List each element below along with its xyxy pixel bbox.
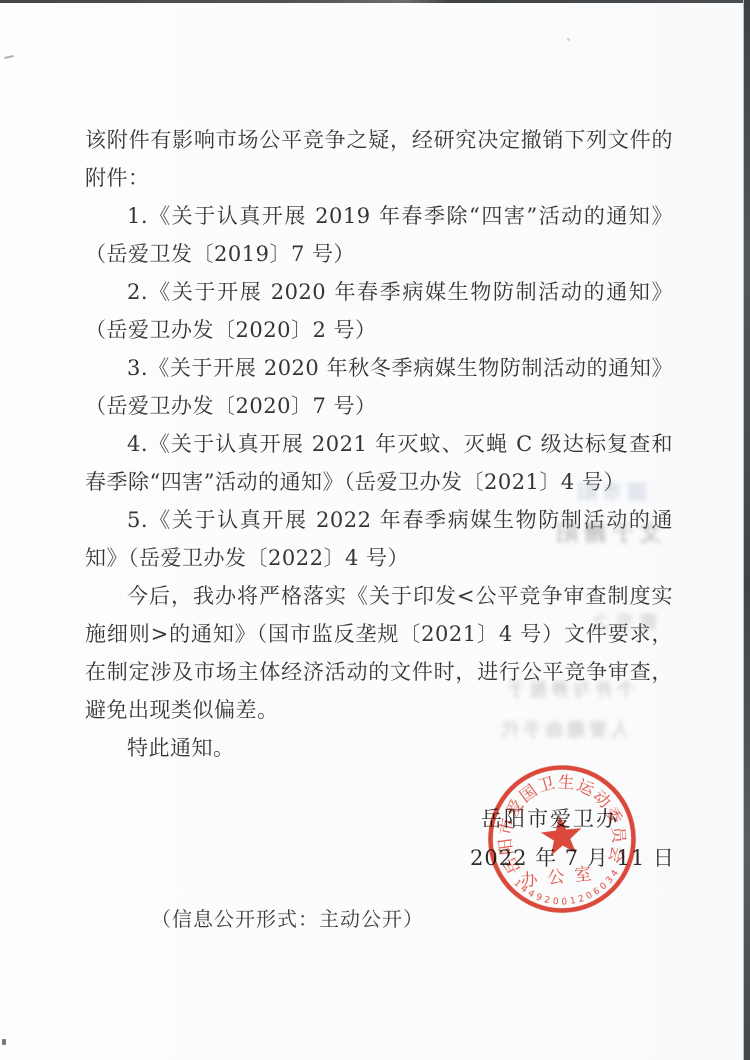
svg-text:2: 2 xyxy=(543,895,551,906)
official-seal-stamp: 岳阳市爱国卫生运动委员会办公室43060210029441 xyxy=(476,753,647,924)
svg-text:9: 9 xyxy=(534,892,543,904)
svg-text:卫: 卫 xyxy=(536,773,557,796)
svg-text:员: 员 xyxy=(608,826,628,845)
svg-text:0: 0 xyxy=(552,897,559,908)
scan-edge-right xyxy=(743,0,750,1060)
svg-text:1: 1 xyxy=(569,896,576,907)
bleedthrough-smudge: 需至之 xyxy=(586,608,658,635)
paragraph: 2.《关于开展 2020 年春季病媒生物防制活动的通知》（岳爱卫办发〔2020〕… xyxy=(85,273,673,349)
svg-text:会: 会 xyxy=(605,844,628,865)
paragraph: 今后，我办将严格落实《关于印发<公平竞争审查制度实施细则>的通知》（国市监反垄规… xyxy=(85,577,673,729)
svg-text:生: 生 xyxy=(557,773,575,793)
paragraph: 3.《关于开展 2020 年秋冬季病媒生物防制活动的通知》（岳爱卫办发〔2020… xyxy=(85,349,673,425)
svg-text:市: 市 xyxy=(496,816,518,836)
svg-text:阳: 阳 xyxy=(495,837,516,856)
seal-graphic: 岳阳市爱国卫生运动委员会办公室43060210029441 xyxy=(476,753,647,924)
scan-speck xyxy=(2,1039,6,1045)
bleedthrough-smudge: 个并与养报于 xyxy=(503,676,635,702)
paragraph: 1.《关于认真开展 2019 年春季除“四害”活动的通知》（岳爱卫发〔2019〕… xyxy=(85,197,673,273)
document-body: 该附件有影响市场公平竞争之疑，经研究决定撤销下列文件的附件：1.《关于认真开展 … xyxy=(85,121,673,767)
bleedthrough-smudge: 固市阳 xyxy=(572,476,647,505)
svg-text:办公室: 办公室 xyxy=(520,863,603,891)
svg-text:2: 2 xyxy=(577,894,586,905)
scan-speck xyxy=(567,38,570,41)
paragraph: 该附件有影响市场公平竞争之疑，经研究决定撤销下列文件的附件： xyxy=(85,121,673,197)
disclosure-footnote: （信息公开形式：主动公开） xyxy=(151,903,424,932)
red-star-icon xyxy=(539,813,584,856)
scan-speck xyxy=(4,55,14,59)
bleedthrough-smudge: 文于蹭阳 xyxy=(550,517,662,548)
scan-edge-top xyxy=(0,0,750,3)
svg-text:4: 4 xyxy=(610,868,622,878)
svg-text:0: 0 xyxy=(561,897,567,907)
bleedthrough-smudge: 人要趣曲手代 xyxy=(497,716,629,742)
scanned-document-page: 该附件有影响市场公平竞争之疑，经研究决定撤销下列文件的附件：1.《关于认真开展 … xyxy=(0,0,750,1060)
